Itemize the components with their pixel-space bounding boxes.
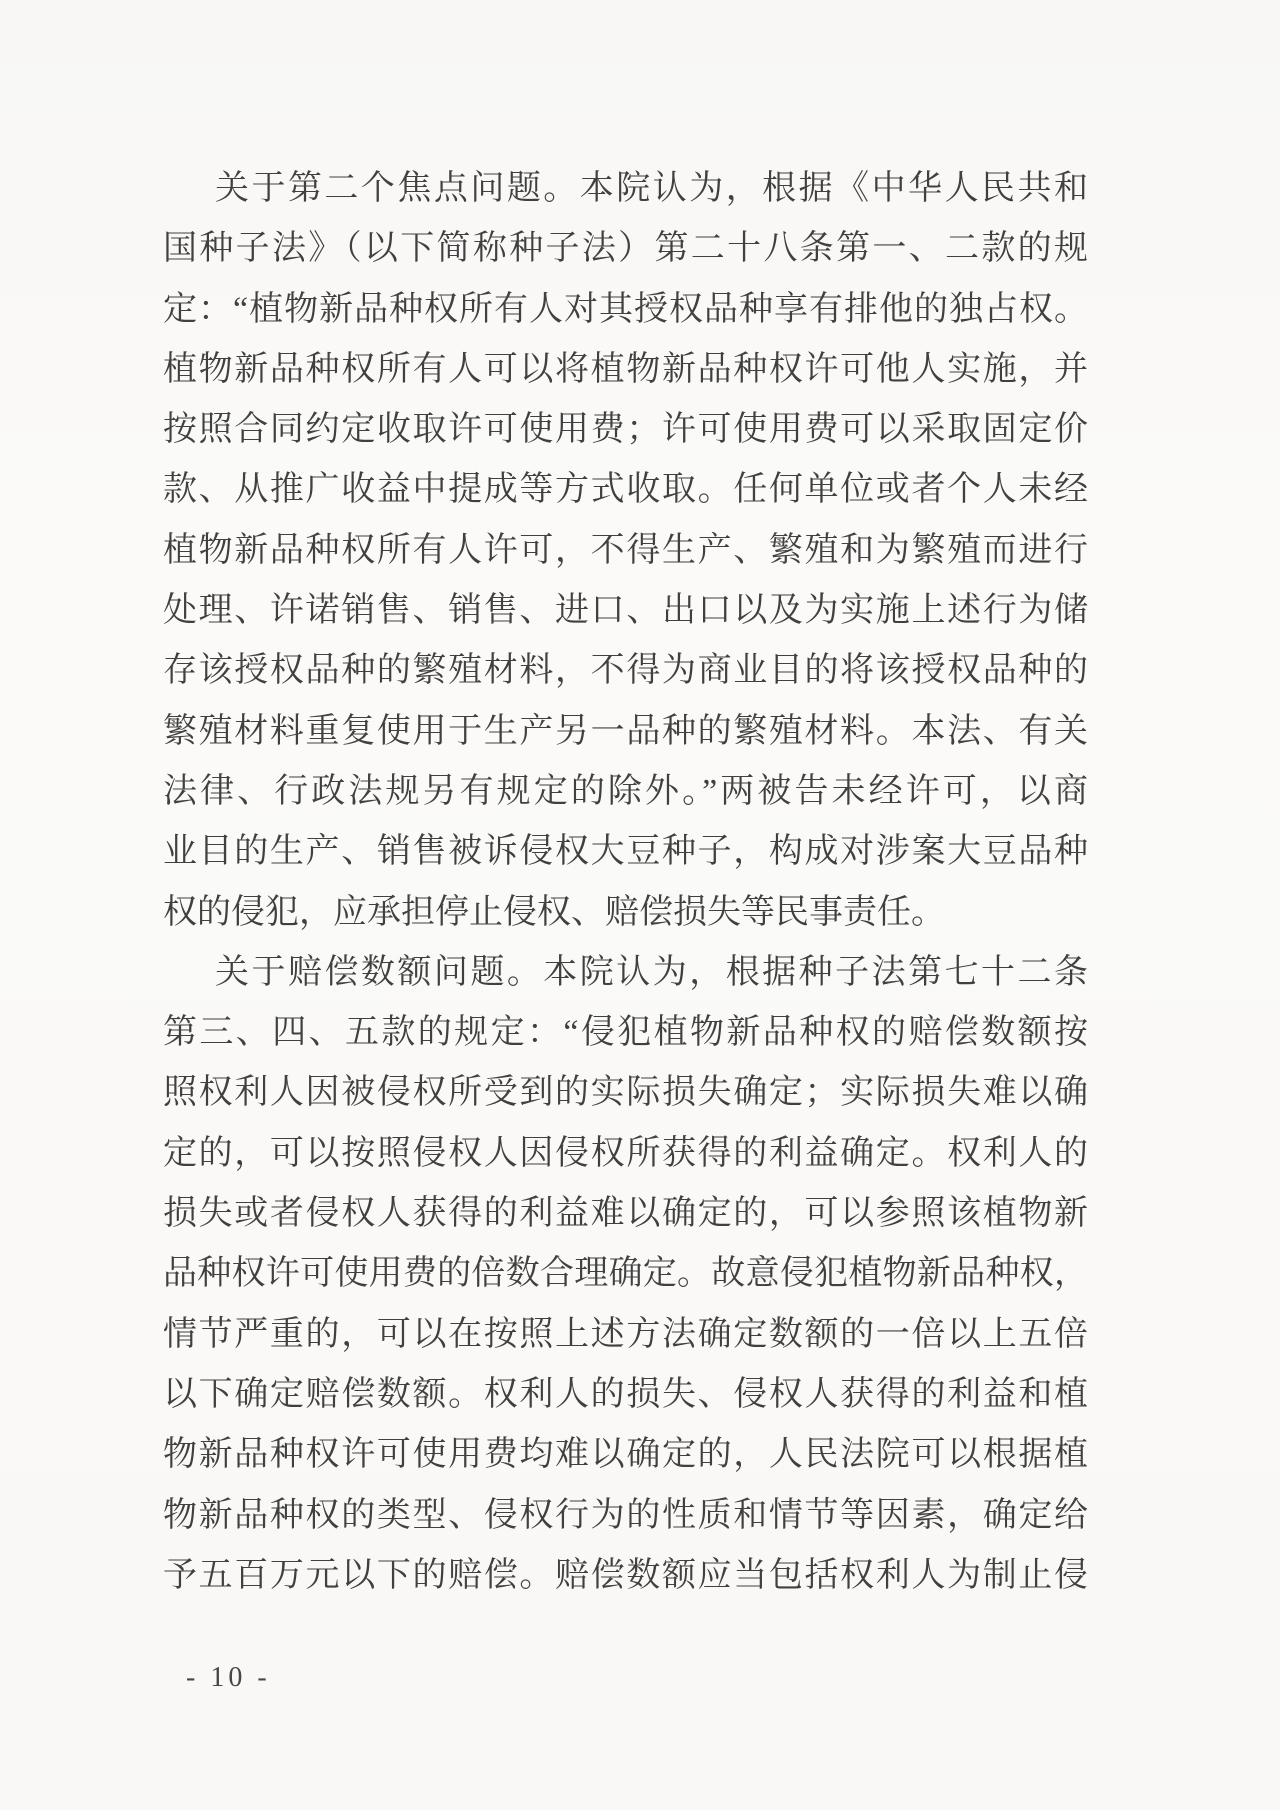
- text-line: 按照合同约定收取许可使用费；许可使用费可以采取固定价: [163, 400, 1088, 460]
- text-line: 物新品种权的类型、侵权行为的性质和情节等因素，确定给: [163, 1486, 1088, 1546]
- text-line: 情节严重的，可以在按照上述方法确定数额的一倍以上五倍: [163, 1305, 1088, 1365]
- text-line: 予五百万元以下的赔偿。赔偿数额应当包括权利人为制止侵: [163, 1546, 1088, 1606]
- judgment-text-block: 关于第二个焦点问题。本院认为，根据《中华人民共和 国种子法》（以下简称种子法）第…: [163, 159, 1088, 1606]
- text-line: 定：“植物新品种权所有人对其授权品种享有排他的独占权。: [163, 280, 1088, 340]
- text-line: 植物新品种权所有人可以将植物新品种权许可他人实施，并: [163, 340, 1088, 400]
- scanned-court-document-page: { "page": { "background_color": "#fbfaf8…: [0, 0, 1280, 1810]
- text-line: 业目的生产、销售被诉侵权大豆种子，构成对涉案大豆品种: [163, 822, 1088, 882]
- text-line: 关于赔偿数额问题。本院认为，根据种子法第七十二条: [163, 943, 1088, 1003]
- text-line: 款、从推广收益中提成等方式收取。任何单位或者个人未经: [163, 460, 1088, 520]
- text-line: 法律、行政法规另有规定的除外。”两被告未经许可，以商: [163, 762, 1088, 822]
- text-line: 以下确定赔偿数额。权利人的损失、侵权人获得的利益和植: [163, 1365, 1088, 1425]
- text-line: 物新品种权许可使用费均难以确定的，人民法院可以根据植: [163, 1425, 1088, 1485]
- text-line-paragraph-end: 权的侵犯，应承担停止侵权、赔偿损失等民事责任。: [163, 883, 1088, 943]
- text-line: 照权利人因被侵权所受到的实际损失确定；实际损失难以确: [163, 1063, 1088, 1123]
- text-line: 第三、四、五款的规定：“侵犯植物新品种权的赔偿数额按: [163, 1003, 1088, 1063]
- text-line: 关于第二个焦点问题。本院认为，根据《中华人民共和: [163, 159, 1088, 219]
- page-number: - 10 -: [186, 1662, 271, 1694]
- text-line: 定的，可以按照侵权人因侵权所获得的利益确定。权利人的: [163, 1124, 1088, 1184]
- text-line: 处理、许诺销售、销售、进口、出口以及为实施上述行为储: [163, 581, 1088, 641]
- text-line: 国种子法》（以下简称种子法）第二十八条第一、二款的规: [163, 219, 1088, 279]
- text-line: 植物新品种权所有人许可，不得生产、繁殖和为繁殖而进行: [163, 521, 1088, 581]
- text-line: 损失或者侵权人获得的利益难以确定的，可以参照该植物新: [163, 1184, 1088, 1244]
- text-line: 存该授权品种的繁殖材料，不得为商业目的将该授权品种的: [163, 641, 1088, 701]
- text-line: 繁殖材料重复使用于生产另一品种的繁殖材料。本法、有关: [163, 702, 1088, 762]
- text-line: 品种权许可使用费的倍数合理确定。故意侵犯植物新品种权，: [163, 1244, 1088, 1304]
